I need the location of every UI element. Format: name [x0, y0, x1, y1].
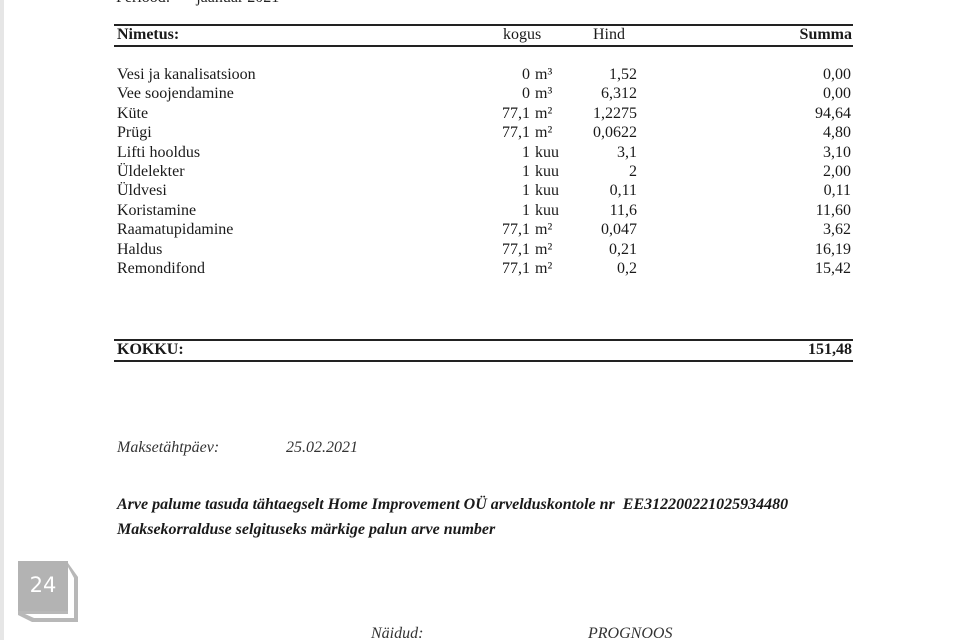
total-top-rule [114, 339, 853, 341]
item-quantity: 1 [522, 181, 530, 200]
item-sum: 2,00 [823, 162, 851, 181]
item-unit: m² [535, 240, 552, 259]
table-row: Lifti hooldus 1 kuu 3,1 3,10 [0, 143, 960, 162]
page-number: 24 [18, 573, 68, 597]
payment-reference-note: Maksekorralduse selgituseks märkige palu… [117, 521, 495, 539]
total-bottom-rule [114, 360, 853, 362]
table-row: Üldelekter 1 kuu 2 2,00 [0, 162, 960, 181]
table-row: Vee soojendamine 0 m³ 6,312 0,00 [0, 84, 960, 103]
item-sum: 4,80 [823, 123, 851, 142]
item-quantity: 77,1 [502, 259, 530, 278]
item-name: Vee soojendamine [117, 84, 234, 103]
item-unit: m² [535, 104, 552, 123]
column-header-sum: Summa [800, 26, 852, 46]
item-sum: 3,10 [823, 143, 851, 162]
item-unit: m³ [535, 65, 552, 84]
item-quantity: 1 [522, 162, 530, 181]
item-price: 11,6 [610, 201, 637, 220]
item-price: 3,1 [617, 143, 637, 162]
item-unit: kuu [535, 181, 559, 200]
item-quantity: 77,1 [502, 220, 530, 239]
item-name: Haldus [117, 240, 162, 259]
column-header-price: Hind [593, 26, 625, 46]
table-row: Küte 77,1 m² 1,2275 94,64 [0, 104, 960, 123]
header-bottom-rule [114, 45, 853, 47]
page-number-badge[interactable]: 24 [18, 561, 80, 623]
item-unit: kuu [535, 201, 559, 220]
item-name: Remondifond [117, 259, 205, 278]
table-row: Vesi ja kanalisatsioon 0 m³ 1,52 0,00 [0, 65, 960, 84]
total-value: 151,48 [808, 341, 852, 361]
item-sum: 0,11 [824, 181, 851, 200]
item-sum: 94,64 [815, 104, 851, 123]
item-unit: m² [535, 220, 552, 239]
billing-period: Periood:jaanuar 2021 [116, 0, 279, 7]
table-row: Haldus 77,1 m² 0,21 16,19 [0, 240, 960, 259]
due-date-label: Maksetähtpäev: [117, 439, 219, 457]
readings-label: Näidud: [371, 625, 423, 640]
period-label: Periood: [116, 0, 170, 6]
item-unit: kuu [535, 143, 559, 162]
item-name: Vesi ja kanalisatsioon [117, 65, 256, 84]
item-quantity: 77,1 [502, 240, 530, 259]
item-unit: m² [535, 259, 552, 278]
item-price: 2 [629, 162, 637, 181]
item-sum: 15,42 [815, 259, 851, 278]
item-quantity: 1 [522, 201, 530, 220]
bank-account-iban: EE312200221025934480 [623, 496, 788, 513]
item-quantity: 77,1 [502, 123, 530, 142]
item-quantity: 77,1 [502, 104, 530, 123]
item-price: 0,2 [617, 259, 637, 278]
item-sum: 0,00 [823, 84, 851, 103]
forecast-label: PROGNOOS [588, 625, 672, 640]
item-quantity: 1 [522, 143, 530, 162]
charges-table-body: Vesi ja kanalisatsioon 0 m³ 1,52 0,00 Ve… [0, 65, 960, 278]
item-price: 0,0622 [593, 123, 637, 142]
item-price: 0,047 [601, 220, 637, 239]
item-price: 1,2275 [593, 104, 637, 123]
item-name: Raamatupidamine [117, 220, 233, 239]
total-label: KOKKU: [117, 341, 184, 361]
due-date-value: 25.02.2021 [286, 439, 358, 457]
item-price: 1,52 [609, 65, 637, 84]
item-quantity: 0 [522, 65, 530, 84]
item-name: Lifti hooldus [117, 143, 200, 162]
item-unit: m³ [535, 84, 552, 103]
item-name: Koristamine [117, 201, 196, 220]
item-sum: 3,62 [823, 220, 851, 239]
item-name: Üldelekter [117, 162, 185, 181]
item-sum: 11,60 [816, 201, 851, 220]
item-quantity: 0 [522, 84, 530, 103]
table-row: Raamatupidamine 77,1 m² 0,047 3,62 [0, 220, 960, 239]
item-unit: kuu [535, 162, 559, 181]
item-sum: 0,00 [823, 65, 851, 84]
payment-instruction-text: Arve palume tasuda tähtaegselt Home Impr… [117, 496, 615, 513]
item-name: Prügi [117, 123, 152, 142]
item-price: 6,312 [601, 84, 637, 103]
header-top-rule [114, 24, 853, 26]
item-sum: 16,19 [815, 240, 851, 259]
table-row: Remondifond 77,1 m² 0,2 15,42 [0, 259, 960, 278]
column-header-quantity: kogus [503, 26, 541, 46]
item-price: 0,11 [610, 181, 637, 200]
item-price: 0,21 [609, 240, 637, 259]
table-row: Üldvesi 1 kuu 0,11 0,11 [0, 181, 960, 200]
item-name: Küte [117, 104, 148, 123]
column-header-name: Nimetus: [117, 26, 179, 46]
table-row: Prügi 77,1 m² 0,0622 4,80 [0, 123, 960, 142]
item-unit: m² [535, 123, 552, 142]
payment-instruction: Arve palume tasuda tähtaegselt Home Impr… [117, 496, 788, 514]
table-row: Koristamine 1 kuu 11,6 11,60 [0, 201, 960, 220]
period-value: jaanuar 2021 [196, 0, 279, 6]
item-name: Üldvesi [117, 181, 167, 200]
